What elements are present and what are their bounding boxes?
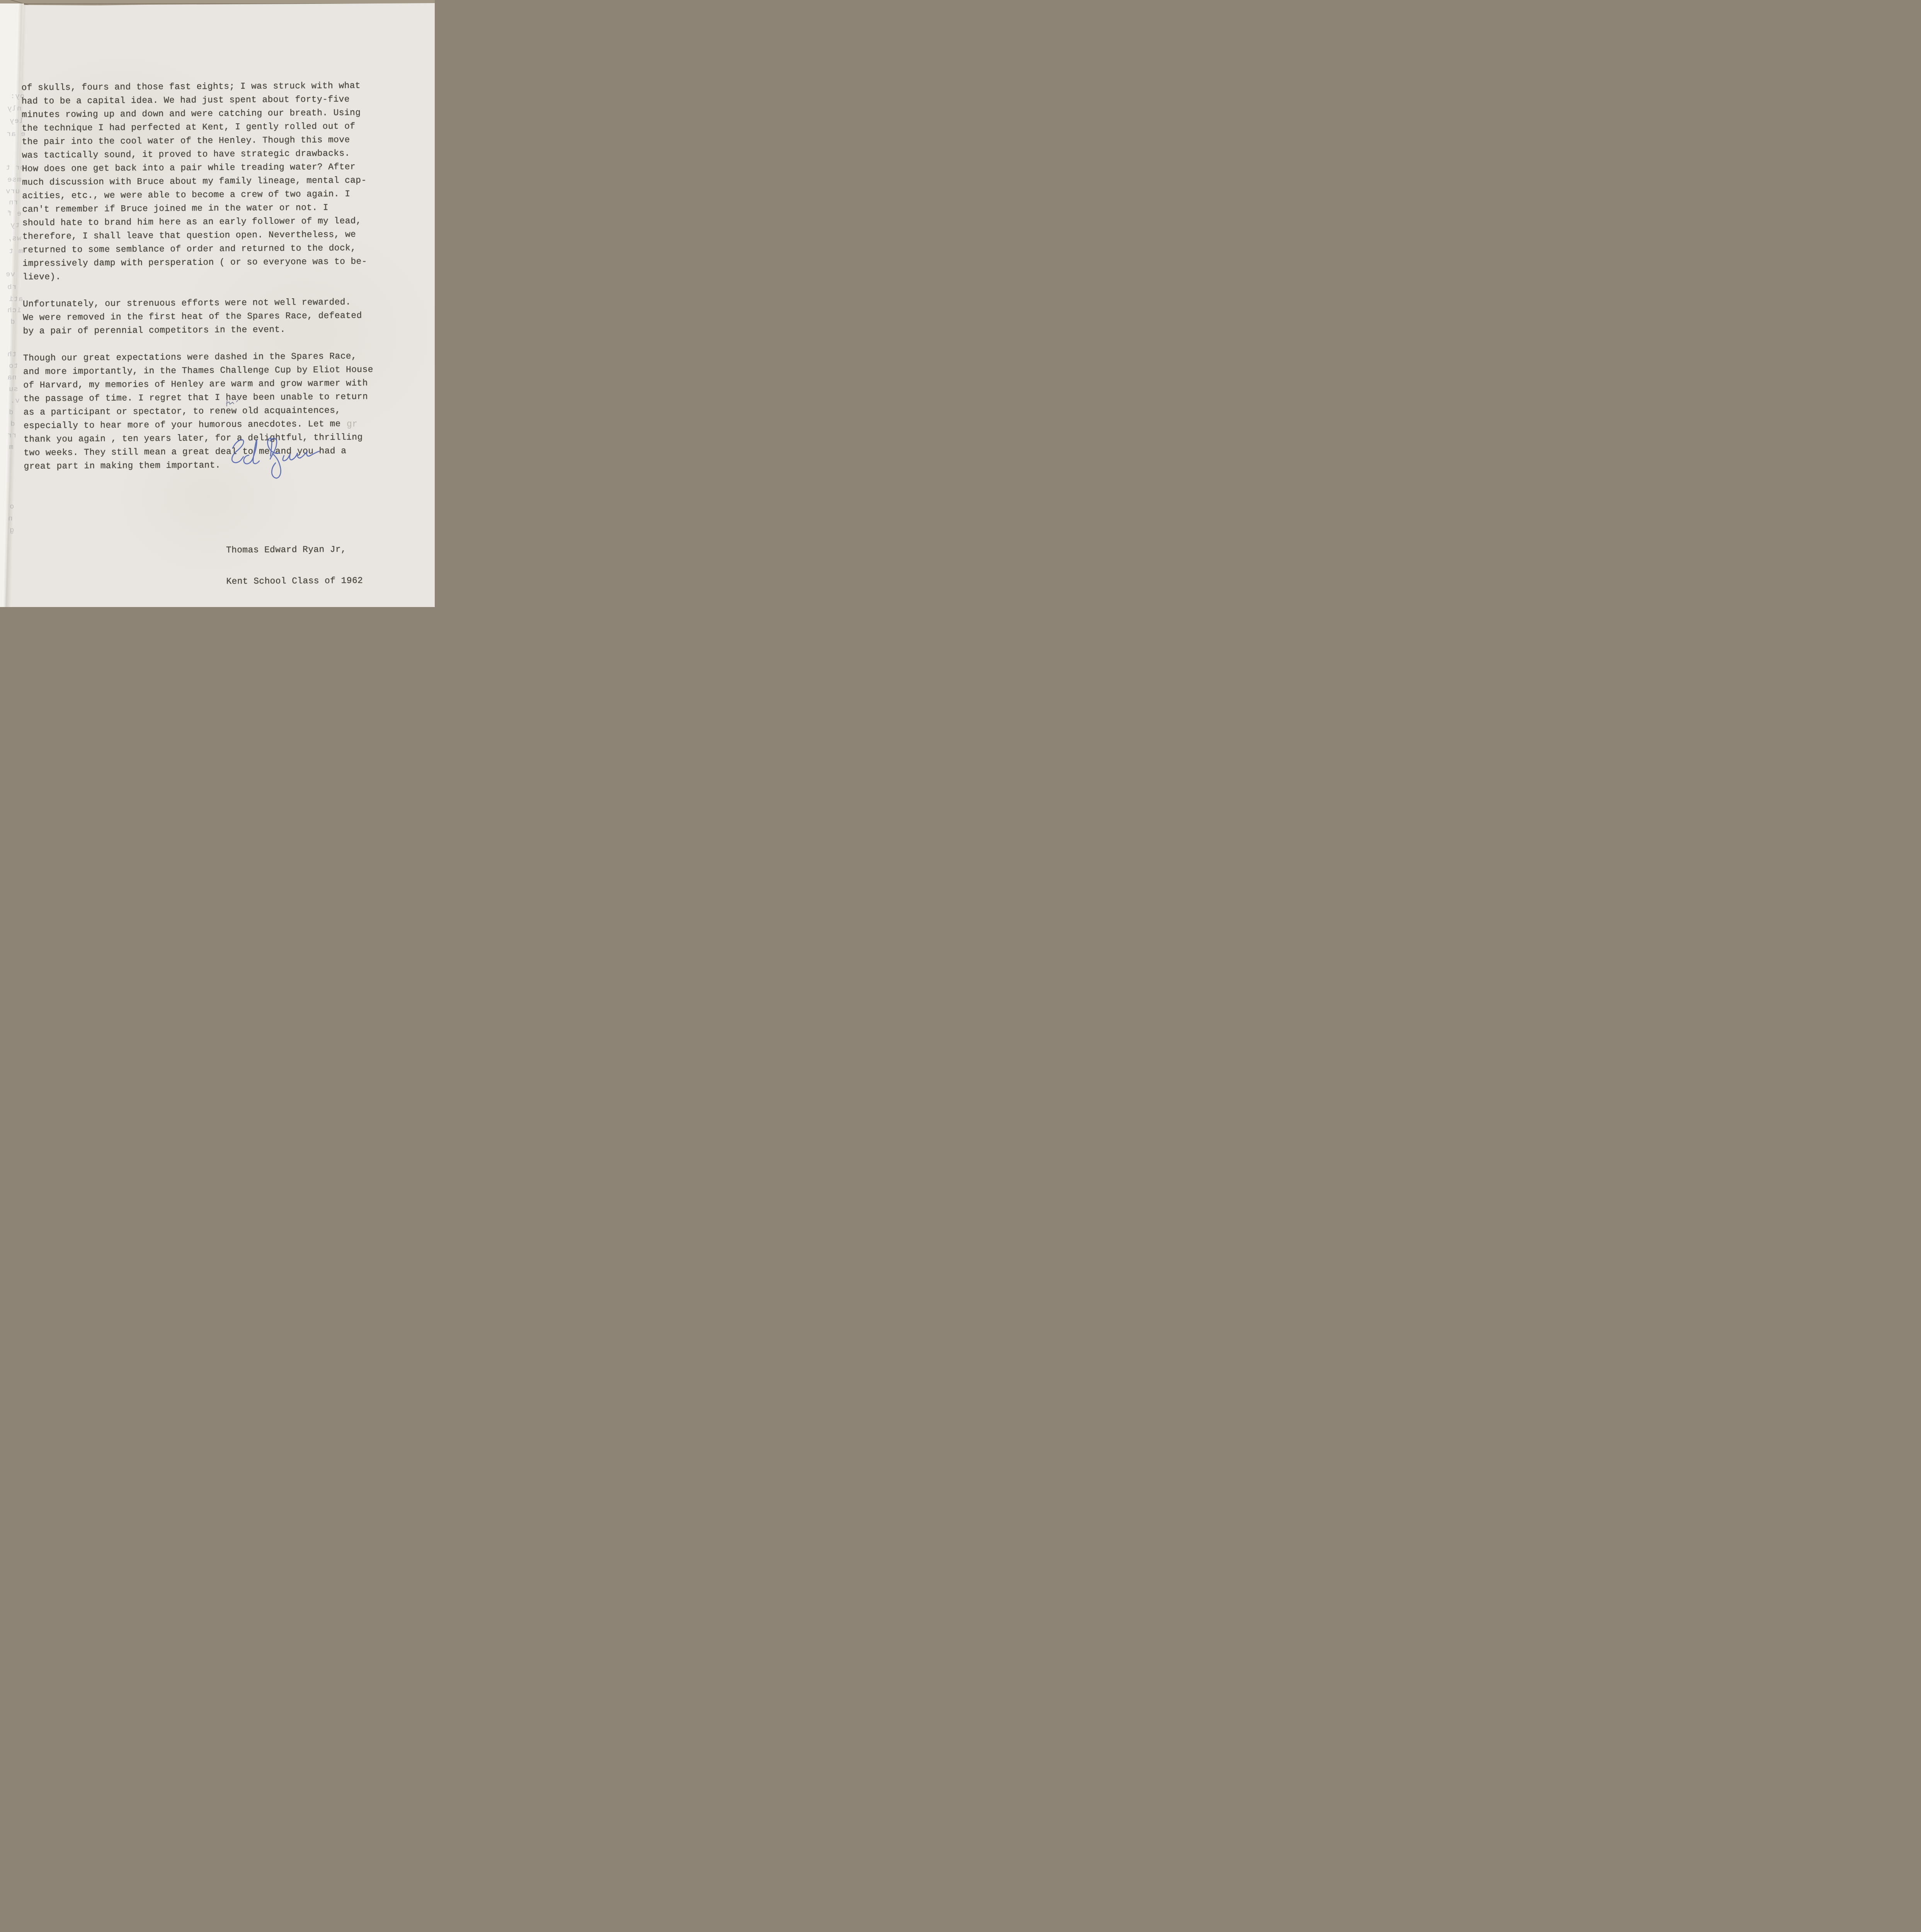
letter-line: thank you again , ten years later, for a…: [24, 430, 414, 446]
letter-line: the technique I had perfected at Kent, I…: [22, 119, 412, 135]
letter-line: great part in making them important.: [24, 457, 414, 473]
signature-typed-name: Thomas Edward Ryan Jr,: [226, 544, 415, 556]
letter-line: lieve).: [22, 268, 413, 284]
scanned-letter-page: oy:nlyleye aror tmseurvrne ftyws,m tverb…: [0, 0, 435, 607]
letter-line: impressively damp with persperation ( or…: [22, 255, 413, 270]
letter-line: of skulls, fours and those fast eights; …: [21, 79, 412, 95]
letter-line: much discussion with Bruce about my fami…: [22, 173, 412, 189]
paragraph: Unfortunately, our strenuous efforts wer…: [23, 295, 413, 338]
letter-line: We were removed in the first heat of the…: [23, 309, 413, 325]
letter-line: the passage of time. I regret that I hav…: [23, 390, 413, 406]
paragraph: of skulls, fours and those fast eights; …: [21, 79, 413, 284]
letter-line: by a pair of perennial competitors in th…: [23, 322, 413, 338]
letter-body-wrap: of skulls, fours and those fast eights; …: [21, 52, 415, 607]
paragraph: Though our great expectations were dashe…: [23, 349, 414, 473]
signature-block: Thomas Edward Ryan Jr, Kent School Class…: [226, 523, 415, 607]
letter-body: of skulls, fours and those fast eights; …: [21, 79, 414, 473]
signature-typed-school: Kent School Class of 1962: [226, 575, 415, 587]
